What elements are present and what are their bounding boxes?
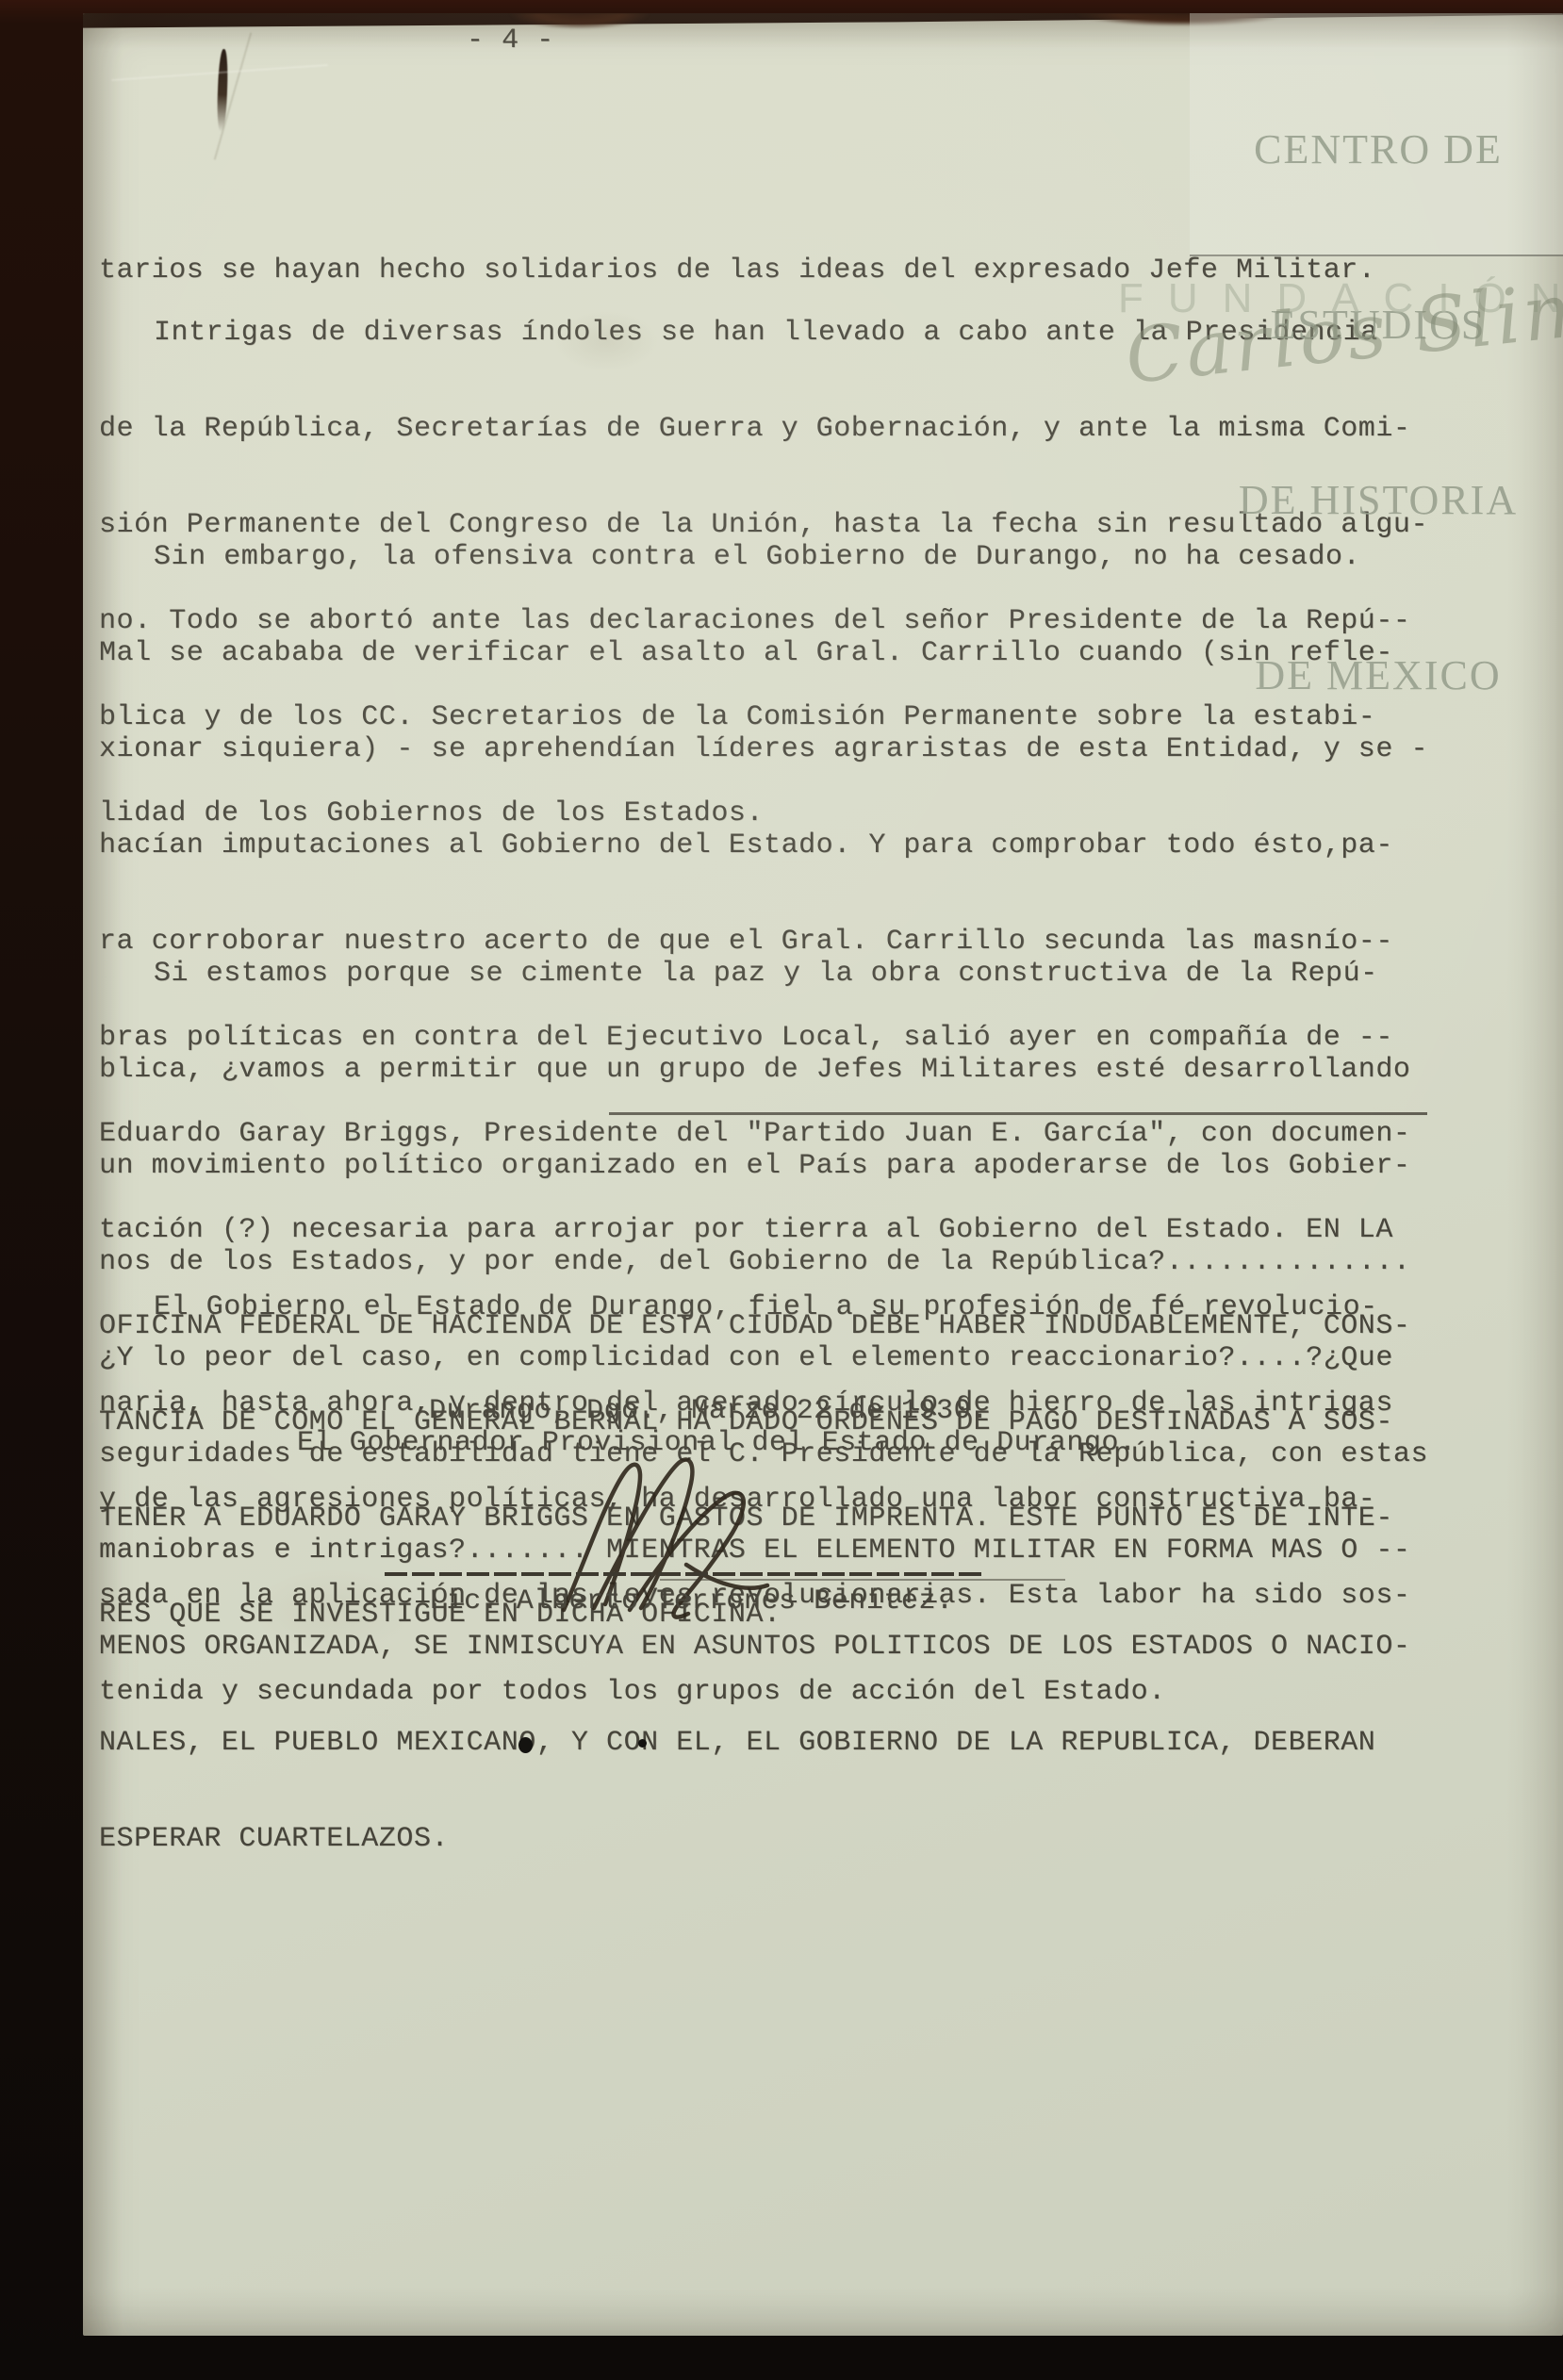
text-line: hacían imputaciones al Gobierno del Esta… xyxy=(99,829,1428,862)
text-line: tenida y secundada por todos los grupos … xyxy=(99,1676,1410,1708)
text-line: El Gobierno el Estado de Durango, fiel a… xyxy=(99,1291,1410,1323)
watermark-line: CENTRO DE xyxy=(1190,121,1563,179)
signature-rule xyxy=(385,1572,983,1576)
signature-rule-double xyxy=(660,1579,1065,1581)
text-line: un movimiento político organizado en el … xyxy=(99,1150,1428,1182)
ink-dot-large xyxy=(518,1737,533,1753)
closing-place-date: Durango, Dgo., Marzo 22 de 1930. xyxy=(429,1395,989,1427)
text-line: blica, ¿vamos a permitir que un grupo de… xyxy=(99,1054,1428,1086)
typed-emphasis-underline xyxy=(609,1112,1427,1115)
photo-backing: - 4 - tarios se hayan hecho solidarios d… xyxy=(0,0,1563,2380)
text-line: ESPERAR CUARTELAZOS. xyxy=(99,1823,1428,1855)
document-page: - 4 - tarios se hayan hecho solidarios d… xyxy=(83,13,1563,2336)
watermark-line: DE MEXICO xyxy=(1190,647,1563,705)
signatory-name: Lic. Alberto Terrones Benitez. xyxy=(429,1585,954,1617)
archive-watermark: CENTRO DE ESTUDIOS DE HISTORIA DE MEXICO xyxy=(1190,13,1563,822)
watermark-line: DE HISTORIA xyxy=(1190,471,1563,530)
page-number: - 4 - xyxy=(467,25,554,57)
text-line: Si estamos porque se cimente la paz y la… xyxy=(99,958,1428,990)
ink-dot-small xyxy=(638,1739,647,1748)
